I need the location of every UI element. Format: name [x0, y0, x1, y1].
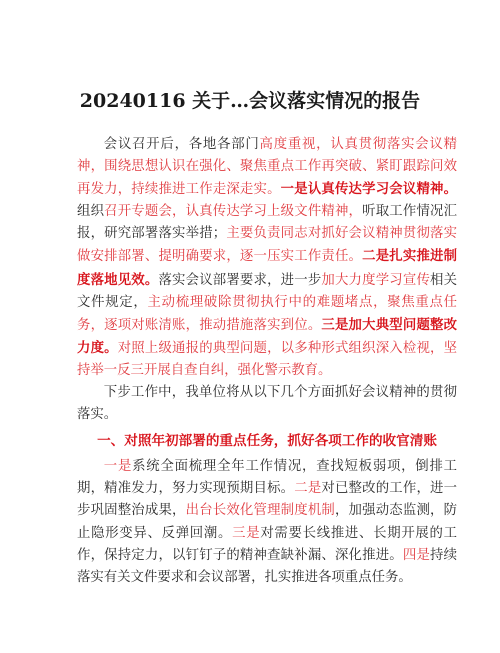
item-two-label: 二是 — [294, 481, 321, 496]
item-one-label: 一是 — [104, 459, 132, 474]
document-title: 20240116 关于…会议落实情况的报告 — [0, 86, 500, 113]
document-page: 20240116 关于…会议落实情况的报告 会议召开后，各地各部门高度重视，认真… — [0, 0, 500, 653]
text-span: 落实会议部署要求，进一步 — [158, 273, 321, 288]
text-span: 组织 — [77, 204, 104, 219]
highlight-span: 出台长效化管理制度机制 — [186, 503, 335, 518]
text-span: 会议召开后，各地各部门 — [104, 137, 260, 152]
highlight-span: 召开专题会，认真传达学习上级文件精神， — [104, 204, 362, 219]
highlight-span: 对照上级通报的典型问题，以多种形式组织深入检视，坚持举一反三开展自查自纠，强化警… — [77, 341, 457, 378]
paragraph-tasks: 一是系统全面梳理全年工作情况，查找短板弱项，倒排工期，精准发力，努力实现预期目标… — [77, 456, 457, 589]
paragraph-meeting-implementation: 会议召开后，各地各部门高度重视，认真贯彻落实会议精神，围绕思想认识在强化、聚焦重… — [77, 134, 457, 382]
highlight-span: 加大力度学习宣传 — [321, 273, 430, 288]
item-four-label: 四是 — [403, 548, 430, 563]
section-heading: 一、对照年初部署的重点任务，抓好各项工作的收官清账 — [77, 430, 457, 452]
document-body: 会议召开后，各地各部门高度重视，认真贯彻落实会议精神，围绕思想认识在强化、聚焦重… — [77, 134, 457, 589]
point-one-heading: 一是认真传达学习会议精神。 — [281, 181, 457, 197]
item-three-label: 三是 — [232, 526, 260, 541]
paragraph-next-steps: 下步工作中，我单位将从以下几个方面抓好会议精神的贯彻落实。 — [77, 382, 457, 426]
